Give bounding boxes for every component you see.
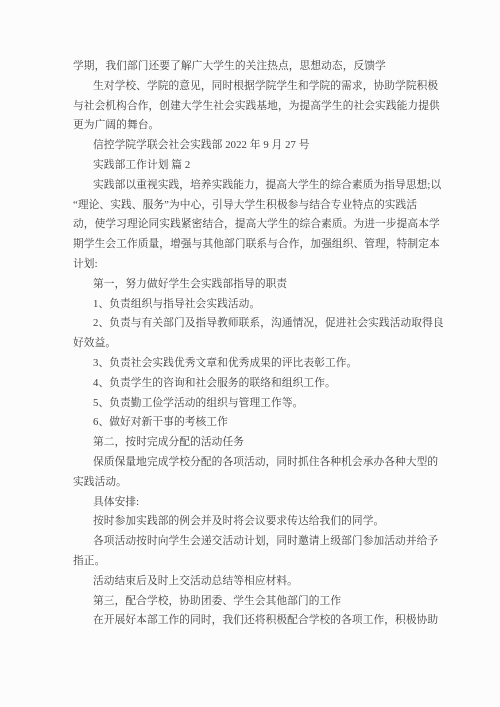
text-line-heading: 第一，努力做好学生会实践部指导的职责 bbox=[73, 275, 442, 295]
text-line-list-item: 5、负责勤工俭学活动的组织与管理工作等。 bbox=[73, 394, 442, 414]
text-line: 期学生会工作质量，增强与其他部门联系与合作，加强组织、管理，特制定本 bbox=[73, 235, 442, 255]
text-line-list-item: 6、做好对新干事的考核工作 bbox=[73, 413, 442, 433]
document-page: 学期，我们部门还要了解广大学生的关注热点，思想动态，反馈学 生对学校、学院的意见… bbox=[0, 0, 500, 707]
text-line: 活动结束后及时上交活动总结等相应材料。 bbox=[73, 572, 442, 592]
document-text-block: 学期，我们部门还要了解广大学生的关注热点，思想动态，反馈学 生对学校、学院的意见… bbox=[73, 57, 442, 631]
text-line: 与社会机构合作，创建大学生社会实践基地，为提高学生的社会实践能力提供 bbox=[73, 97, 442, 117]
text-line: 更为广阔的舞台。 bbox=[73, 116, 442, 136]
text-line: 按时参加实践部的例会并及时将会议要求传达给我们的同学。 bbox=[73, 512, 442, 532]
text-line-list-item: 3、负责社会实践优秀文章和优秀成果的评比表彰工作。 bbox=[73, 354, 442, 374]
text-line: 在开展好本部工作的同时，我们还将积极配合学校的各项工作，积极协助 bbox=[73, 611, 442, 631]
text-line: “理论、实践、服务”为中心，引导大学生积极参与结合专业特点的实践活 bbox=[73, 196, 442, 216]
text-line: 学期，我们部门还要了解广大学生的关注热点，思想动态，反馈学 bbox=[73, 57, 442, 77]
text-line-list-item: 1、负责组织与指导社会实践活动。 bbox=[73, 295, 442, 315]
text-line: 计划: bbox=[73, 255, 442, 275]
text-line-signature: 信控学院学联会社会实践部 2022 年 9 月 27 号 bbox=[73, 136, 442, 156]
text-line: 好效益。 bbox=[73, 334, 442, 354]
text-line-section-title: 实践部工作计划 篇 2 bbox=[73, 156, 442, 176]
text-line: 指正。 bbox=[73, 552, 442, 572]
text-line: 动，使学习理论同实践紧密结合，提高大学生的综合素质。为进一步提高本学 bbox=[73, 215, 442, 235]
text-line: 具体安排: bbox=[73, 493, 442, 513]
text-line: 实践部以重视实践，培养实践能力，提高大学生的综合素质为指导思想;以 bbox=[73, 176, 442, 196]
text-line: 生对学校、学院的意见，同时根据学院学生和学院的需求，协助学院积极 bbox=[73, 77, 442, 97]
text-line: 各项活动按时向学生会递交活动计划，同时邀请上级部门参加活动并给予 bbox=[73, 532, 442, 552]
text-line: 保质保量地完成学校分配的各项活动，同时抓住各种机会承办各种大型的 bbox=[73, 453, 442, 473]
text-line: 实践活动。 bbox=[73, 473, 442, 493]
text-line-list-item: 4、负责学生的咨询和社会服务的联络和组织工作。 bbox=[73, 374, 442, 394]
text-line-list-item: 2、负责与有关部门及指导教师联系，沟通情况，促进社会实践活动取得良 bbox=[73, 314, 442, 334]
text-line-heading: 第二，按时完成分配的活动任务 bbox=[73, 433, 442, 453]
text-line-heading: 第三，配合学校，协助团委、学生会其他部门的工作 bbox=[73, 592, 442, 612]
